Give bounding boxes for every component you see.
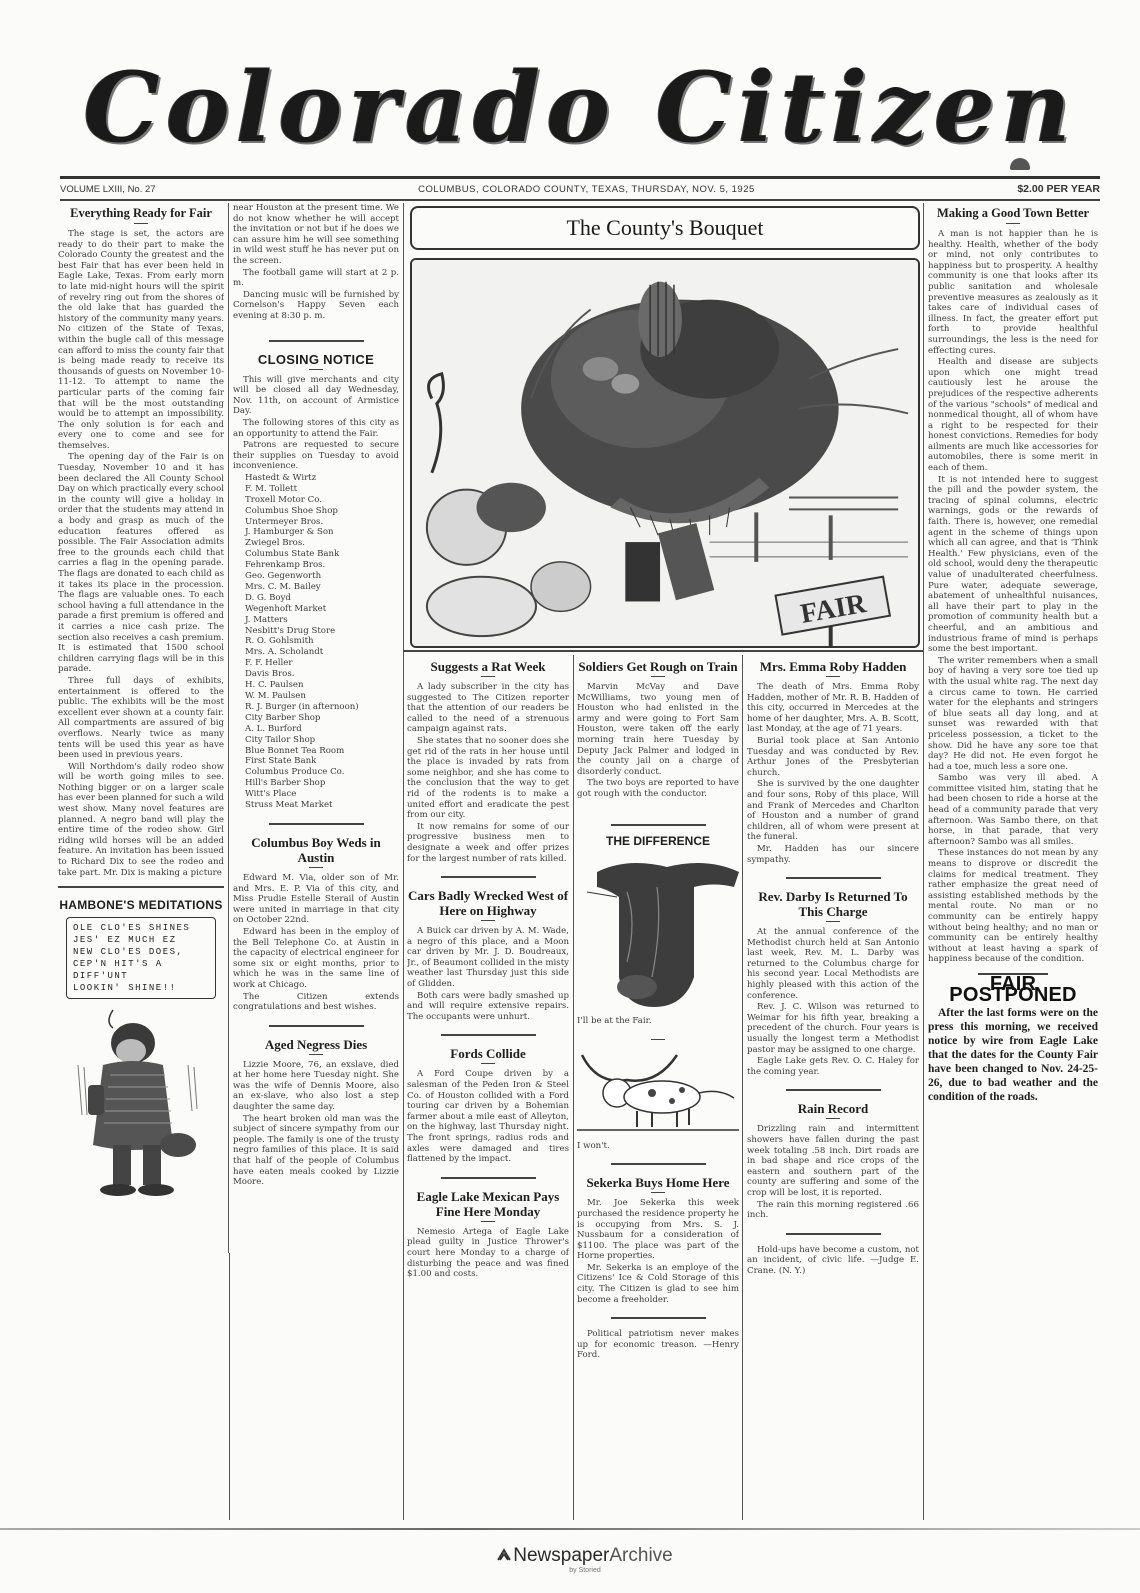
headline-boy-weds: Columbus Boy Weds in Austin	[233, 835, 399, 865]
bull-head-illustration	[577, 852, 739, 1012]
store-item: Mrs. A. Scholandt	[245, 647, 399, 658]
headline-dash	[651, 1192, 665, 1193]
section-rule	[786, 1233, 881, 1235]
hambone-figure-illustration	[58, 1005, 224, 1205]
headline-ready-for-fair: Everything Ready for Fair	[58, 206, 224, 221]
newspaperarchive-logo[interactable]: NewspaperArchive by Storied	[465, 1545, 705, 1585]
newspaperarchive-icon	[497, 1548, 511, 1562]
section-rule	[611, 824, 706, 826]
quote-crane: Hold-ups have become a custom, not an in…	[747, 1245, 919, 1277]
headline-dash	[309, 867, 323, 868]
article-paragraph: The two boys are reported to have got ro…	[577, 778, 739, 799]
longhorn-illustration	[577, 1045, 739, 1135]
headline-dash	[651, 676, 665, 677]
article-paragraph: Mr. Hadden has our sincere sympathy.	[747, 844, 919, 865]
section-rule	[441, 1177, 536, 1179]
article-paragraph: The heart broken old man was the subject…	[233, 1114, 399, 1188]
dateline: VOLUME LXIII, No. 27 COLUMBUS, COLORADO …	[60, 180, 1100, 198]
store-item: R. O. Gohlsmith	[245, 636, 399, 647]
article-paragraph: Sambo was very ill abed. A committee vis…	[928, 773, 1098, 847]
brand-subtitle: by Storied	[465, 1567, 705, 1574]
article-paragraph: The stage is set, the actors are ready t…	[58, 229, 224, 451]
store-item: W. M. Paulsen	[245, 691, 399, 702]
store-item: F. F. Heller	[245, 658, 399, 669]
volume-number: VOLUME LXIII, No. 27	[60, 184, 156, 195]
store-item: Untermeyer Bros.	[245, 517, 399, 528]
difference-title: THE DIFFERENCE	[577, 836, 739, 847]
column-divider	[923, 203, 924, 1520]
store-item: First State Bank	[245, 756, 399, 767]
dateline-rule	[60, 199, 1100, 201]
headline-dash	[309, 1054, 323, 1055]
quote-ford: Political patriotism never makes up for …	[577, 1329, 739, 1361]
article-paragraph: At the annual conference of the Methodis…	[747, 927, 919, 1001]
headline-fords-collide: Fords Collide	[407, 1046, 569, 1061]
store-item: Hastedt & Wirtz	[245, 473, 399, 484]
headline-dash	[481, 676, 495, 677]
section-rule	[786, 877, 881, 879]
article-paragraph: The writer remembers when a small boy of…	[928, 656, 1098, 773]
section-rule	[611, 1317, 706, 1319]
article-paragraph: Drizzling rain and intermittent showers …	[747, 1124, 919, 1198]
headline-soldiers-rough: Soldiers Get Rough on Train	[577, 659, 739, 674]
article-paragraph: A man is not happier than he is healthy.…	[928, 229, 1098, 356]
headline-aged-dies: Aged Negress Dies	[233, 1037, 399, 1052]
store-item: Davis Bros.	[245, 669, 399, 680]
store-item: Mrs. C. M. Bailey	[245, 582, 399, 593]
headline-cars-wrecked: Cars Badly Wrecked West of Here on Highw…	[407, 888, 569, 918]
bubble-line: NEW CLO'ES DOES,	[73, 946, 209, 958]
store-item: Zwiegel Bros.	[245, 538, 399, 549]
brand-name-dark: Newspaper	[513, 1545, 609, 1566]
column-5: Mrs. Emma Roby Hadden The death of Mrs. …	[747, 656, 919, 1520]
section-rule	[441, 876, 536, 878]
section-rule	[269, 1025, 364, 1027]
column-4: Soldiers Get Rough on Train Marvin McVay…	[577, 656, 739, 1520]
headline-dash	[309, 369, 323, 370]
section-rule	[269, 823, 364, 825]
fair-postponed-notice: After the last forms were on the press t…	[928, 1006, 1098, 1104]
article-paragraph: Burial took place at San Antonio Tuesday…	[747, 736, 919, 778]
article-paragraph: Mr. Sekerka is an employe of the Citizen…	[577, 1263, 739, 1305]
section-rule	[611, 1163, 706, 1165]
bubble-line: JES' EZ MUCH EZ	[73, 934, 209, 946]
headline-dash	[1006, 223, 1020, 224]
bubble-line: LOOKIN' SHINE!!	[73, 982, 209, 994]
store-item: City Barber Shop	[245, 713, 399, 724]
article-paragraph: Both cars were badly smashed up and will…	[407, 991, 569, 1023]
store-item: Hill's Barber Shop	[245, 778, 399, 789]
column-2: near Houston at the present time. We do …	[233, 203, 399, 1513]
headline-dash	[481, 1221, 495, 1222]
article-paragraph: The following stores of this city as an …	[233, 418, 399, 439]
continued-paragraph: near Houston at the present time. We do …	[233, 203, 399, 267]
article-paragraph: This will give merchants and city will b…	[233, 375, 399, 417]
article-paragraph: It is not intended here to suggest the p…	[928, 475, 1098, 655]
column-divider	[573, 655, 574, 1520]
headline-sekerka-home: Sekerka Buys Home Here	[577, 1175, 739, 1190]
bubble-line: OLE CLO'ES SHINES	[73, 922, 209, 934]
headline-fair-postponed: FAIR POSTPONED	[928, 979, 1098, 1000]
hambone-title: HAMBONE'S MEDITATIONS	[58, 900, 224, 911]
store-item: F. M. Tollett	[245, 484, 399, 495]
continued-paragraph: Dancing music will be furnished by Corne…	[233, 290, 399, 322]
store-item: R. J. Burger (in afternoon)	[245, 702, 399, 713]
article-paragraph: Edward M. Via, older son of Mr. and Mrs.…	[233, 873, 399, 926]
article-paragraph: She is survived by the one daughter and …	[747, 779, 919, 843]
store-item: Columbus State Bank	[245, 549, 399, 560]
section-rule	[786, 1089, 881, 1091]
headline-dash	[481, 1063, 495, 1064]
store-item: Columbus Shoe Shop	[245, 506, 399, 517]
article-paragraph: Patrons are requested to secure their su…	[233, 440, 399, 472]
article-paragraph: Nemesio Artega of Eagle Lake plead guilt…	[407, 1227, 569, 1280]
headline-closing-notice: CLOSING NOTICE	[233, 352, 399, 367]
article-paragraph: The Citizen extends congratulations and …	[233, 992, 399, 1013]
article-paragraph: Mr. Joe Sekerka this week purchased the …	[577, 1198, 739, 1262]
headline-dash	[826, 1118, 840, 1119]
masthead-rule	[60, 176, 1100, 179]
place-date: COLUMBUS, COLORADO COUNTY, TEXAS, THURSD…	[156, 184, 1018, 195]
store-item: D. G. Boyd	[245, 593, 399, 604]
headline-dash	[651, 1039, 665, 1040]
column-divider	[229, 1253, 230, 1520]
store-item: Witt's Place	[245, 789, 399, 800]
store-item: J. Matters	[245, 615, 399, 626]
store-item: Columbus Produce Co.	[245, 767, 399, 778]
store-item: Nesbitt's Drug Store	[245, 626, 399, 637]
store-item: Troxell Motor Co.	[245, 495, 399, 506]
store-item: Struss Meat Market	[245, 800, 399, 811]
article-paragraph: It now remains for some of our progressi…	[407, 822, 569, 864]
headline-dash	[481, 920, 495, 921]
article-paragraph: Three full days of exhibits, entertainme…	[58, 676, 224, 761]
article-paragraph: Will Northdom's daily rodeo show will be…	[58, 762, 224, 879]
article-paragraph: Marvin McVay and Dave McWilliams, two yo…	[577, 682, 739, 777]
section-rule	[441, 1034, 536, 1036]
article-paragraph: A Buick car driven by A. M. Wade, a negr…	[407, 926, 569, 990]
column-1: Everything Ready for Fair The stage is s…	[58, 203, 224, 1513]
notice-text: After the last forms were on the press t…	[928, 1006, 1098, 1104]
store-item: City Tailor Shop	[245, 735, 399, 746]
difference-caption-1: I'll be at the Fair.	[577, 1016, 739, 1027]
column-divider	[403, 203, 404, 1520]
column-3: Suggests a Rat Week A lady subscriber in…	[407, 656, 569, 1520]
store-item: Blue Bonnet Tea Room	[245, 746, 399, 757]
column-divider	[228, 203, 229, 1253]
article-paragraph: The opening day of the Fair is on Tuesda…	[58, 452, 224, 674]
difference-caption-2: I won't.	[577, 1141, 739, 1152]
masthead: Colorado Citizen	[60, 40, 1100, 175]
subscription-price: $2.00 PER YEAR	[1017, 183, 1100, 195]
continued-paragraph: The football game will start at 2 p. m.	[233, 268, 399, 289]
headline-hadden: Mrs. Emma Roby Hadden	[747, 659, 919, 674]
article-paragraph: Edward has been in the employ of the Bel…	[233, 927, 399, 991]
headline-dash	[826, 676, 840, 677]
cartoon-title-box: The County's Bouquet	[410, 206, 920, 250]
article-paragraph: The rain this morning registered .66 inc…	[747, 1200, 919, 1221]
headline-rain-record: Rain Record	[747, 1101, 919, 1116]
newspaper-page: Colorado Citizen VOLUME LXIII, No. 27 CO…	[0, 0, 1140, 1593]
store-item: Fehrenkamp Bros.	[245, 560, 399, 571]
store-item: Wegenhoft Market	[245, 604, 399, 615]
section-rule	[58, 886, 224, 888]
headline-dash	[134, 223, 148, 224]
article-paragraph: She states that no sooner does she get r…	[407, 736, 569, 821]
article-paragraph: A Ford Coupe driven by a salesman of the…	[407, 1069, 569, 1164]
section-rule	[403, 650, 923, 652]
speech-bubble: OLE CLO'ES SHINES JES' EZ MUCH EZ NEW CL…	[66, 917, 216, 999]
article-paragraph: These instances do not mean by any means…	[928, 848, 1098, 965]
store-item: J. Hamburger & Son	[245, 527, 399, 538]
brand-name-light: Archive	[609, 1545, 672, 1566]
article-paragraph: A lady subscriber in the city has sugges…	[407, 682, 569, 735]
bubble-line: CEP'N HIT'S A DIFF'UNT	[73, 958, 209, 982]
store-list: Hastedt & Wirtz F. M. Tollett Troxell Mo…	[233, 473, 399, 811]
store-item: Geo. Gegenworth	[245, 571, 399, 582]
hambone-cartoon: HAMBONE'S MEDITATIONS OLE CLO'ES SHINES …	[58, 900, 224, 1205]
article-paragraph: Rev. J. C. Wilson was returned to Weimar…	[747, 1002, 919, 1055]
newspaper-title: Colorado Citizen	[60, 40, 1100, 175]
headline-dash	[826, 921, 840, 922]
article-paragraph: The death of Mrs. Emma Roby Hadden, moth…	[747, 682, 919, 735]
page-bottom-edge	[0, 1528, 1140, 1530]
column-divider	[742, 655, 743, 1520]
headline-good-town: Making a Good Town Better	[928, 206, 1098, 221]
county-bouquet-cartoon: FAIR	[410, 258, 920, 648]
column-6: Making a Good Town Better A man is not h…	[928, 203, 1098, 1520]
store-item: A. L. Burford	[245, 724, 399, 735]
headline-eagle-lake-fine: Eagle Lake Mexican Pays Fine Here Monday	[407, 1189, 569, 1219]
article-paragraph: Eagle Lake gets Rev. O. C. Haley for the…	[747, 1056, 919, 1077]
section-rule	[269, 340, 364, 342]
article-paragraph: Health and disease are subjects upon whi…	[928, 357, 1098, 474]
article-paragraph: Lizzie Moore, 76, an exslave, died at he…	[233, 1060, 399, 1113]
headline-rev-darby: Rev. Darby Is Returned To This Charge	[747, 889, 919, 919]
headline-rat-week: Suggests a Rat Week	[407, 659, 569, 674]
store-item: H. C. Paulsen	[245, 680, 399, 691]
